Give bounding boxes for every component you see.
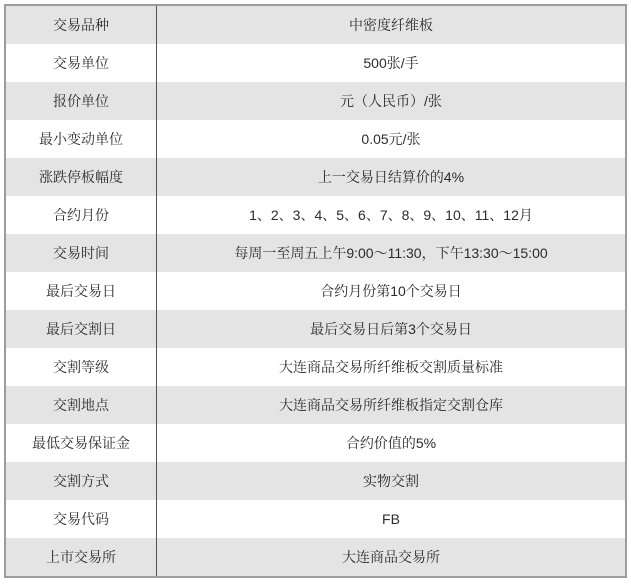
- spec-value: 实物交割: [157, 462, 625, 500]
- table-row: 最后交易日 合约月份第10个交易日: [6, 272, 625, 310]
- spec-value: 每周一至周五上午9:00～11:30，下午13:30～15:00: [157, 234, 625, 272]
- table-row: 交易单位 500张/手: [6, 44, 625, 82]
- spec-label: 交割等级: [6, 348, 157, 386]
- spec-label: 交易单位: [6, 44, 157, 82]
- spec-label: 最后交易日: [6, 272, 157, 310]
- spec-value: 合约价值的5%: [157, 424, 625, 462]
- table-row: 涨跌停板幅度 上一交易日结算价的4%: [6, 158, 625, 196]
- spec-label: 上市交易所: [6, 538, 157, 576]
- spec-label: 涨跌停板幅度: [6, 158, 157, 196]
- spec-value: 中密度纤维板: [157, 6, 625, 44]
- spec-value: 最后交易日后第3个交易日: [157, 310, 625, 348]
- spec-label: 交易代码: [6, 500, 157, 538]
- spec-value: FB: [157, 500, 625, 538]
- spec-value: 1、2、3、4、5、6、7、8、9、10、11、12月: [157, 196, 625, 234]
- contract-spec-table: 交易品种 中密度纤维板 交易单位 500张/手 报价单位 元（人民币）/张 最小…: [4, 4, 627, 578]
- spec-value: 元（人民币）/张: [157, 82, 625, 120]
- table-row: 交割等级 大连商品交易所纤维板交割质量标准: [6, 348, 625, 386]
- table-row: 交易代码 FB: [6, 500, 625, 538]
- spec-label: 报价单位: [6, 82, 157, 120]
- spec-value: 上一交易日结算价的4%: [157, 158, 625, 196]
- spec-label: 合约月份: [6, 196, 157, 234]
- spec-label: 最小变动单位: [6, 120, 157, 158]
- spec-value: 大连商品交易所纤维板交割质量标准: [157, 348, 625, 386]
- spec-value: 合约月份第10个交易日: [157, 272, 625, 310]
- table-row: 交割方式 实物交割: [6, 462, 625, 500]
- spec-label: 交易时间: [6, 234, 157, 272]
- table-row: 上市交易所 大连商品交易所: [6, 538, 625, 576]
- table-row: 交易品种 中密度纤维板: [6, 6, 625, 44]
- spec-label: 最低交易保证金: [6, 424, 157, 462]
- spec-value: 0.05元/张: [157, 120, 625, 158]
- table-row: 交割地点 大连商品交易所纤维板指定交割仓库: [6, 386, 625, 424]
- table-row: 合约月份 1、2、3、4、5、6、7、8、9、10、11、12月: [6, 196, 625, 234]
- table-row: 最后交割日 最后交易日后第3个交易日: [6, 310, 625, 348]
- table-row: 最低交易保证金 合约价值的5%: [6, 424, 625, 462]
- table-row: 交易时间 每周一至周五上午9:00～11:30，下午13:30～15:00: [6, 234, 625, 272]
- spec-label: 交割地点: [6, 386, 157, 424]
- spec-value: 大连商品交易所: [157, 538, 625, 576]
- spec-label: 交易品种: [6, 6, 157, 44]
- spec-label: 最后交割日: [6, 310, 157, 348]
- spec-value: 大连商品交易所纤维板指定交割仓库: [157, 386, 625, 424]
- spec-value: 500张/手: [157, 44, 625, 82]
- table-row: 最小变动单位 0.05元/张: [6, 120, 625, 158]
- spec-label: 交割方式: [6, 462, 157, 500]
- table-row: 报价单位 元（人民币）/张: [6, 82, 625, 120]
